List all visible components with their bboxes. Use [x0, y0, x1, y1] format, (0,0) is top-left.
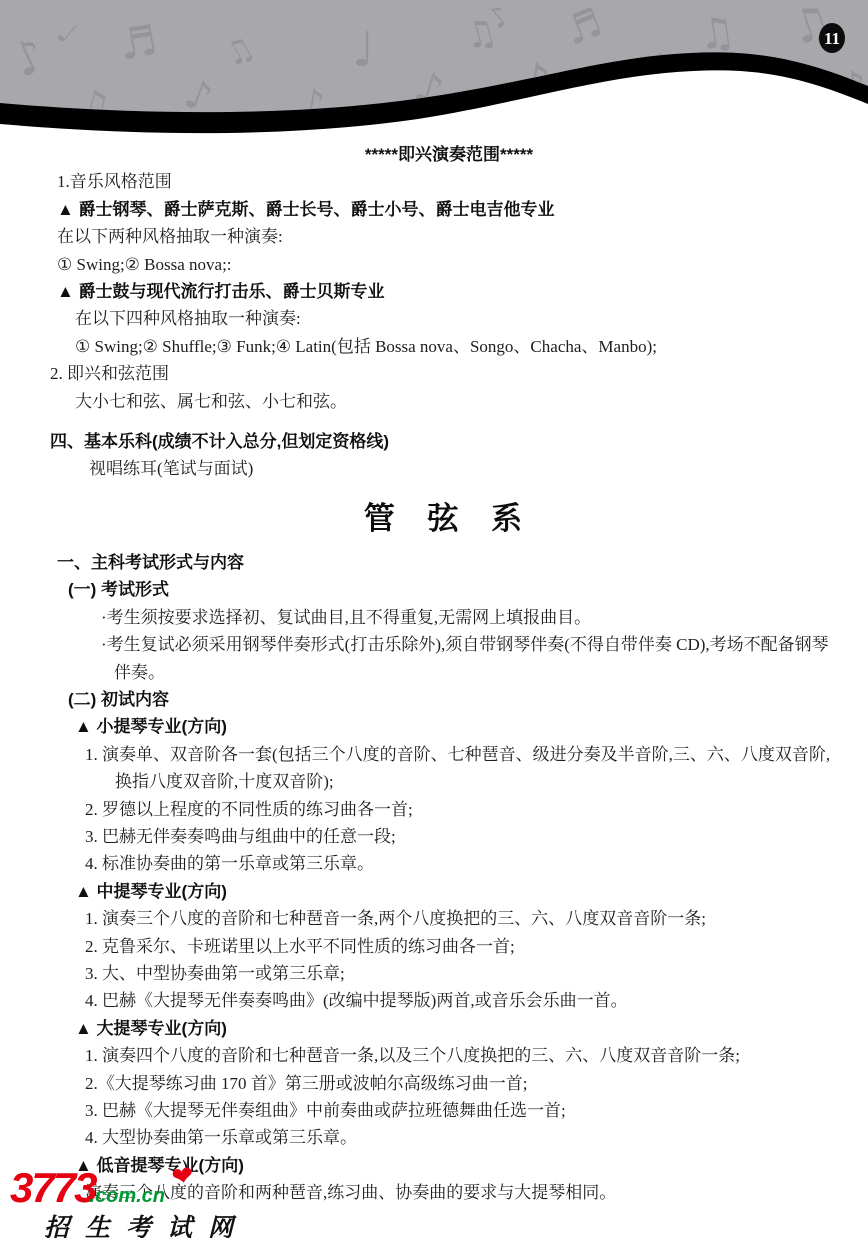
exam-form-heading: (一) 考试形式	[68, 576, 841, 603]
requirement-item: 4. 大型协奏曲第一乐章或第三乐章。	[85, 1124, 841, 1151]
music-note-icon: ♫	[695, 6, 739, 60]
requirement-item: 2. 罗德以上程度的不同性质的练习曲各一首;	[85, 796, 841, 823]
requirement-item: 2.《大提琴练习曲 170 首》第三册或波帕尔高级练习曲一首;	[85, 1070, 841, 1097]
two-styles-list: ① Swing;② Bossa nova;:	[57, 251, 841, 278]
requirement-item: 1. 演奏单、双音阶各一套(包括三个八度的音阶、七种琶音、级进分奏及半音阶,三、…	[85, 741, 841, 796]
main-exam-heading: 一、主科考试形式与内容	[57, 549, 841, 576]
major-heading-viola: ▲ 中提琴专业(方向)	[75, 878, 841, 905]
style-range-label: 1.音乐风格范围	[57, 168, 841, 195]
requirement-item: 1. 演奏三个八度的音阶和七种琶音一条,两个八度换把的三、六、八度双音音阶一条;	[85, 905, 841, 932]
jazz-rhythm-majors-heading: ▲ 爵士鼓与现代流行打击乐、爵士贝斯专业	[57, 278, 841, 305]
jazz-melody-majors-heading: ▲ 爵士钢琴、爵士萨克斯、爵士长号、爵士小号、爵士电吉他专业	[57, 196, 841, 223]
two-styles-intro: 在以下两种风格抽取一种演奏:	[57, 223, 841, 250]
chord-range-detail: 大小七和弦、属七和弦、小七和弦。	[75, 388, 841, 415]
requirement-item: 2. 克鲁采尔、卡班诺里以上水平不同性质的练习曲各一首;	[85, 933, 841, 960]
chord-range-label: 2. 即兴和弦范围	[50, 360, 841, 387]
exam-form-bullet: ·考生须按要求选择初、复试曲目,且不得重复,无需网上填报曲目。	[101, 604, 841, 631]
site-logo: 3773.com.cn ❤ 招生考试网	[10, 1168, 249, 1238]
exam-form-bullet: ·考生复试必须采用钢琴伴奏形式(打击乐除外),须自带钢琴伴奏(不得自带伴奏 CD…	[101, 631, 841, 686]
requirement-item: 4. 标准协奏曲的第一乐章或第三乐章。	[85, 850, 841, 877]
improv-title: *****即兴演奏范围*****	[57, 141, 841, 168]
page-header: ♪ ♫ ♬ ♪ ♫ ♪ ♩ ♪ ♫ ♪ ♬ ♪ ♫ ♪ ♫ ♪ ♩ ♪ 11	[0, 0, 868, 150]
four-styles-list: ① Swing;② Shuffle;③ Funk;④ Latin(包括 Boss…	[75, 333, 841, 360]
requirement-item: 4. 巴赫《大提琴无伴奏奏鸣曲》(改编中提琴版)两首,或音乐会乐曲一首。	[85, 987, 841, 1014]
document-page: ♪ ♫ ♬ ♪ ♫ ♪ ♩ ♪ ♫ ♪ ♬ ♪ ♫ ♪ ♫ ♪ ♩ ♪ 11	[0, 0, 868, 1238]
logo-site-name: 招生考试网	[44, 1208, 249, 1238]
first-round-heading: (二) 初试内容	[68, 686, 841, 713]
requirement-item: 3. 巴赫无伴奏奏鸣曲与组曲中的任意一段;	[85, 823, 841, 850]
requirement-item: 3. 巴赫《大提琴无伴奏组曲》中前奏曲或萨拉班德舞曲任选一首;	[85, 1097, 841, 1124]
orchestra-department-title: 管 弦 系	[57, 498, 841, 540]
basic-subjects-heading: 四、基本乐科(成绩不计入总分,但划定资格线)	[50, 428, 841, 455]
logo-number: 3773	[10, 1164, 95, 1211]
requirement-item: 1. 演奏四个八度的音阶和七种琶音一条,以及三个八度换把的三、六、八度双音音阶一…	[85, 1042, 841, 1069]
header-decoration: ♪ ♫ ♬ ♪ ♫ ♪ ♩ ♪ ♫ ♪ ♬ ♪ ♫ ♪ ♫ ♪ ♩ ♪ 11	[0, 0, 868, 150]
document-body: *****即兴演奏范围***** 1.音乐风格范围 ▲ 爵士钢琴、爵士萨克斯、爵…	[57, 141, 841, 1207]
logo-domain: .com.cn	[89, 1185, 165, 1207]
page-number: 11	[824, 29, 840, 48]
basic-subjects-detail: 视唱练耳(笔试与面试)	[89, 455, 841, 482]
requirement-item: 3. 大、中型协奏曲第一或第三乐章;	[85, 960, 841, 987]
four-styles-intro: 在以下四种风格抽取一种演奏:	[75, 305, 841, 332]
music-note-icon: ♩	[352, 22, 375, 78]
major-heading-violin: ▲ 小提琴专业(方向)	[75, 713, 841, 740]
major-heading-cello: ▲ 大提琴专业(方向)	[75, 1015, 841, 1042]
